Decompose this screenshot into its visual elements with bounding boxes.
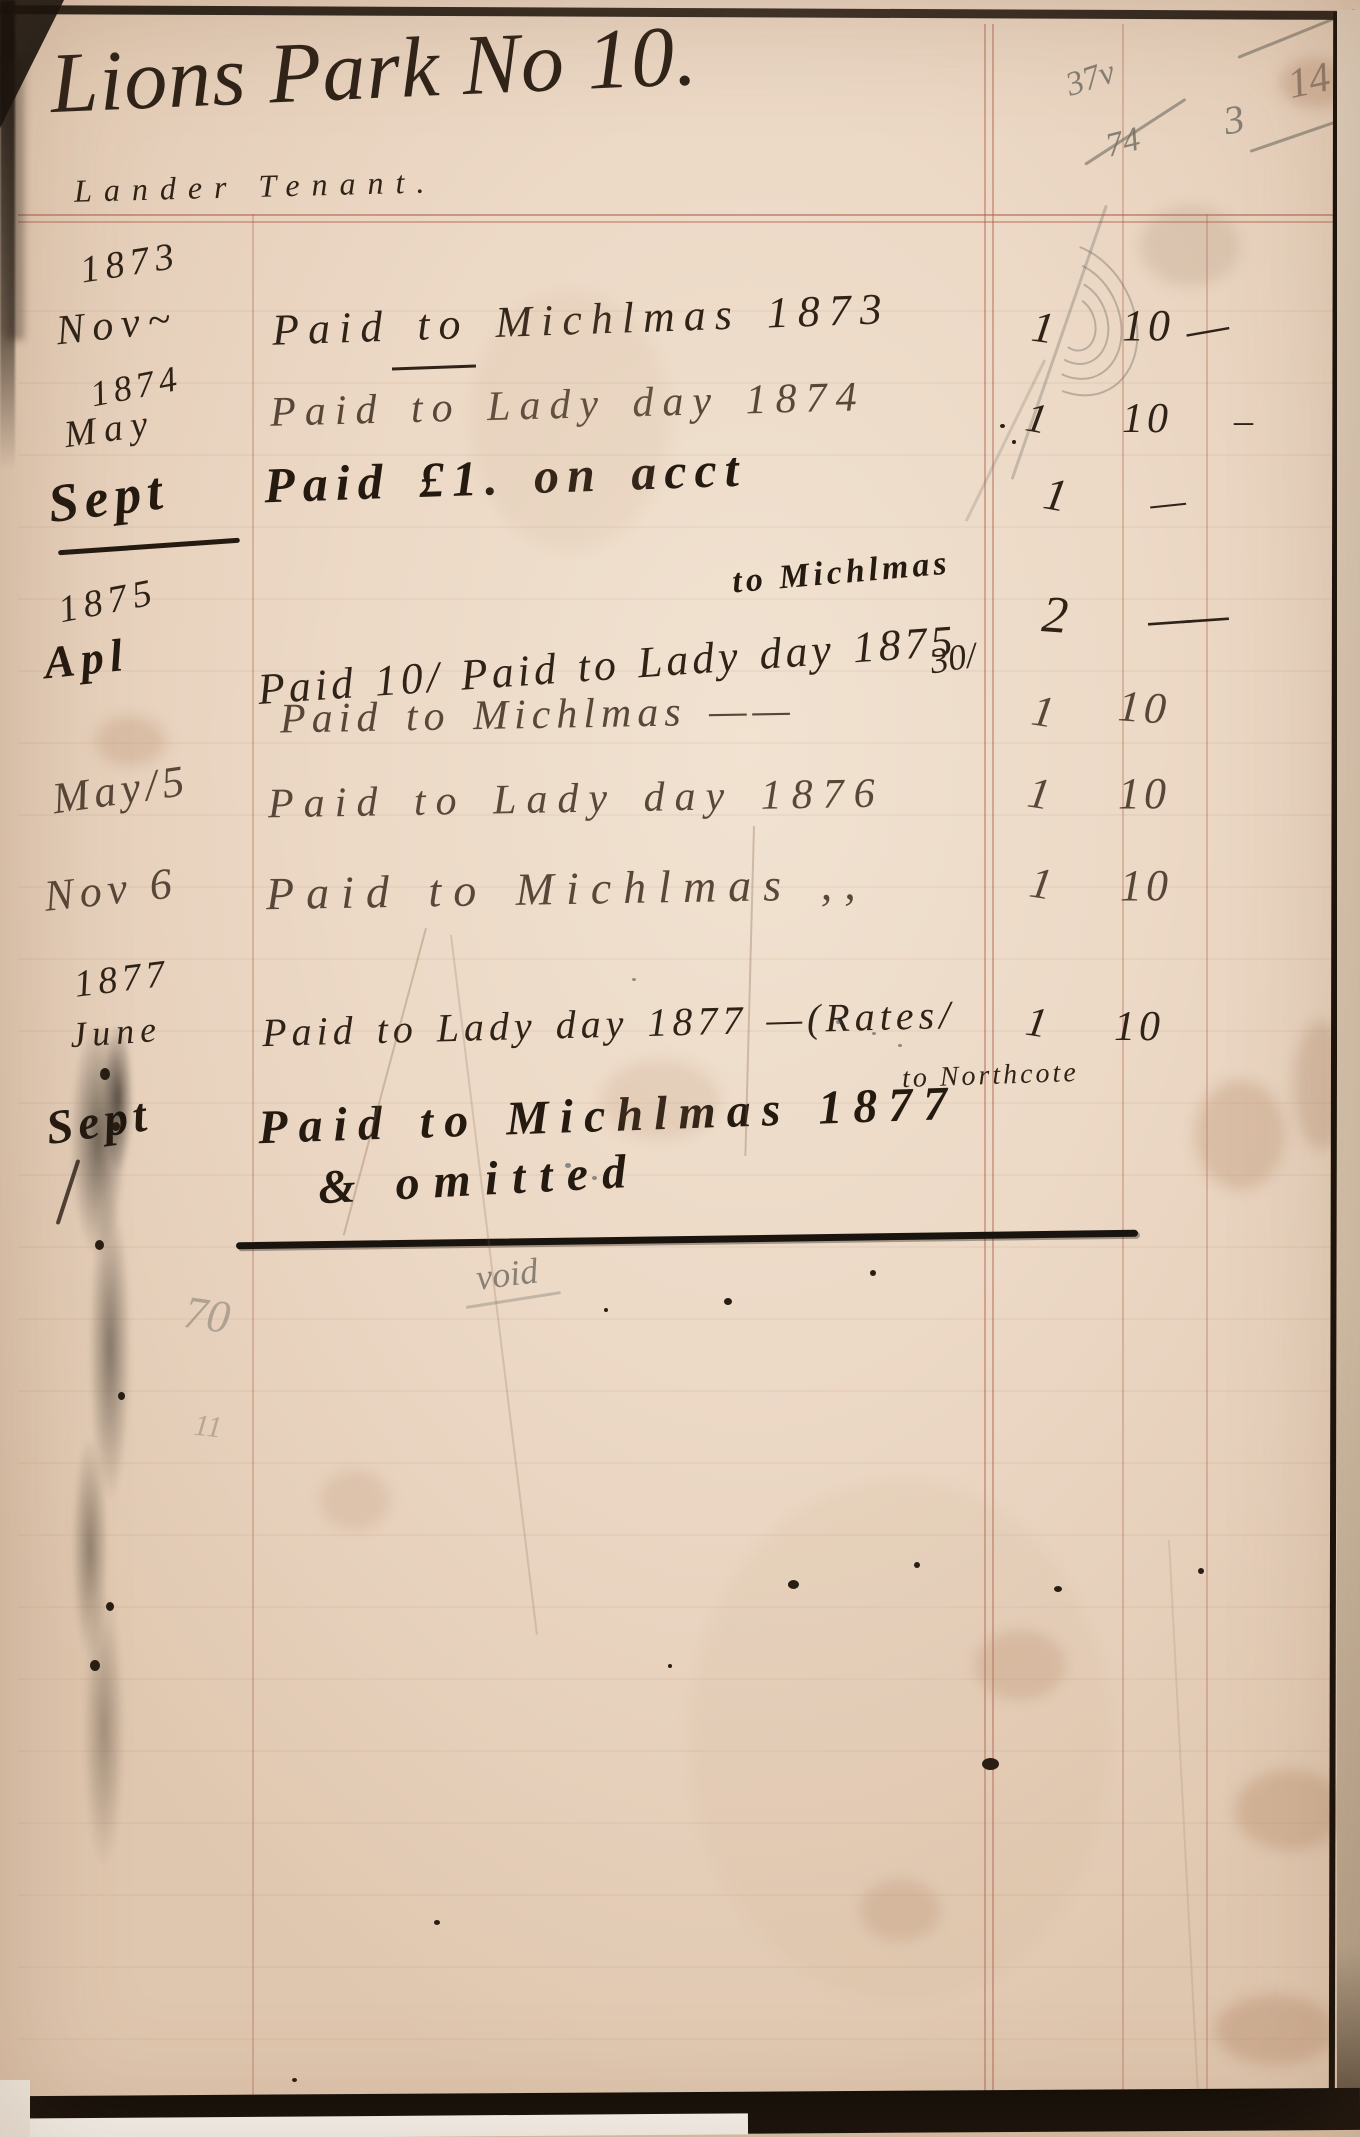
- amount-shillings: 10: [1122, 304, 1174, 348]
- row-description: Paid to Lady day 1876: [268, 773, 885, 826]
- amount-shillings: —: [1148, 480, 1188, 523]
- row-date: Apl: [42, 632, 131, 687]
- amount-pence: –: [1234, 402, 1253, 440]
- bottom-left-corner: [0, 2080, 30, 2137]
- row-date: Sept: [45, 463, 171, 531]
- right-margin-strip: [1337, 10, 1360, 2114]
- void-note: void: [474, 1252, 540, 1295]
- amount-shillings: 10: [1120, 864, 1172, 908]
- amount-shillings: 10: [1122, 398, 1172, 440]
- row-description: Paid to Michlmas ,,: [266, 861, 868, 917]
- amount-shillings: 10: [1118, 772, 1170, 816]
- page-subtitle: Lander Tenant.: [74, 165, 437, 206]
- left-edge-shadow: [6, 60, 24, 340]
- feint-lines: [18, 240, 1336, 2100]
- amount-pounds: 2: [1040, 589, 1070, 643]
- bottom-white-strip: [0, 2113, 748, 2137]
- pencil-note-3: 3: [1221, 99, 1248, 142]
- amount-shillings: ——: [1146, 590, 1218, 647]
- page-title: Lions Park No 10.: [48, 12, 699, 126]
- amount-pence: —: [1182, 301, 1232, 356]
- amount-shillings: 10: [1114, 1006, 1164, 1048]
- ledger-page-scan: Lions Park No 10. Lander Tenant. 37v 74 …: [0, 0, 1360, 2137]
- row-description: Paid to Michlmas ——: [280, 690, 796, 741]
- pencil-note-37: 37v: [1062, 55, 1119, 103]
- charcoal-smudge: [46, 1028, 166, 1898]
- margin-pencil-mark-lower: 11: [193, 1411, 224, 1444]
- amount-shillings: 10: [1117, 684, 1172, 732]
- margin-pencil-mark-upper: 70: [181, 1289, 233, 1341]
